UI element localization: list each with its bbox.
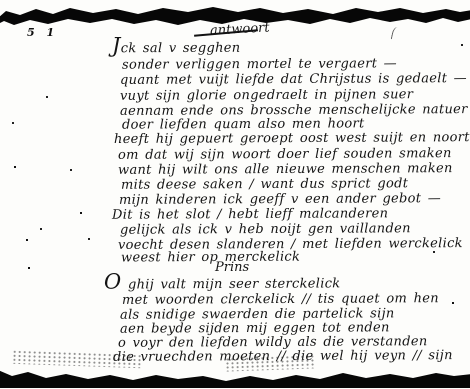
folio-number: 5 1 [27,26,58,39]
manuscript-line: mijn kinderen ick geeff v een ander gebo… [119,191,441,208]
manuscript-scan-page: 5 1 antwoort Jck sal v segghen sonder ve… [0,0,470,389]
manuscript-line: Jck sal v segghen [112,40,241,57]
scan-noise-specks [0,0,2,2]
manuscript-line: heeft hij gepuert geroept oost west suij… [114,130,470,147]
manuscript-line: die vruechden moeten // die wel hij veyn… [113,348,453,365]
manuscript-line: O ghij valt mijn seer sterckelick [104,275,341,292]
envoi-label: Prins [215,260,249,275]
manuscript-line: gelijck als ick v heb noijt gen vailland… [120,221,411,238]
manuscript-line: sonder verliggen mortel te vergaert — [122,56,397,72]
manuscript-line: quant met vuijt liefde dat Chrijstus is … [120,71,467,88]
manuscript-line: weest hier op merckelick [121,250,300,266]
manuscript-line: vuyt sijn glorie ongedraelt in pijnen su… [120,87,413,104]
crossed-out-heading: antwoort [210,20,270,38]
manuscript-line: Dit is het slot / hebt lieff malcanderen [112,206,388,222]
manuscript-line: om dat wij sijn woort doer lief souden s… [118,146,452,163]
manuscript-line: mits deese saken / want dus sprict godt [121,176,408,193]
scan-border-left [3,183,10,378]
stray-ink-mark [391,26,401,40]
